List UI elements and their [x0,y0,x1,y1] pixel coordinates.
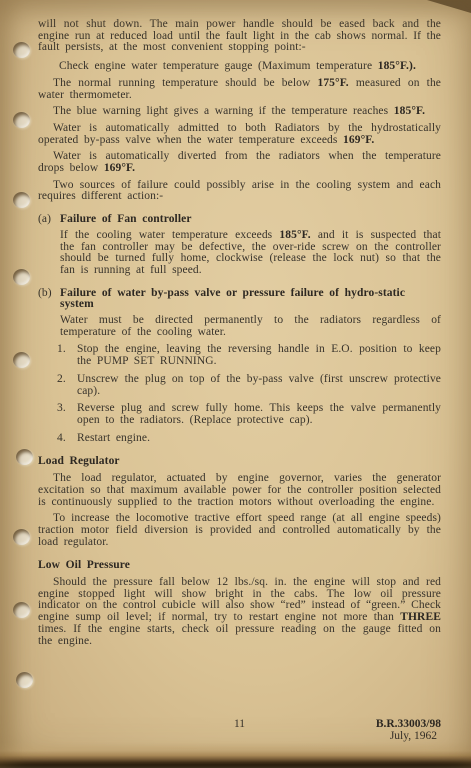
section-label: (a) [38,214,60,277]
binder-hole [16,672,33,688]
paragraph: To increase the locomotive tractive effo… [38,513,441,548]
labeled-section-body: Failure of Fan controllerIf the cooling … [60,214,441,277]
list-item: 2.Unscrew the plug on top of the by-pass… [57,374,441,397]
paragraph: If the cooling water temperature exceeds… [60,230,441,277]
list-item-text: Stop the engine, leaving the reversing h… [77,344,441,367]
paragraph: Two sources of failure could possibly ar… [38,180,441,203]
labeled-section-body: Failure of water by-pass valve or pressu… [60,288,441,339]
paragraph: Check engine water temperature gauge (Ma… [59,61,439,73]
section-heading: Load Regulator [38,456,441,468]
page-bottom-edge [0,742,471,768]
page-body: will not shut down. The main power handl… [38,14,441,647]
binder-hole [13,42,30,58]
paragraph: Should the pressure fall below 12 lbs./s… [38,577,441,647]
binder-hole [13,529,30,545]
binder-hole [13,192,30,208]
paragraph: The blue warning light gives a warning i… [38,106,441,118]
list-number: 2. [57,374,77,397]
list-item-text: Unscrew the plug on top of the by-pass v… [77,374,441,397]
section-heading: Failure of Fan controller [60,214,441,226]
section-label: (b) [38,288,60,339]
section-heading: Failure of water by-pass valve or pressu… [60,288,441,311]
paragraph: Water must be directed permanently to th… [60,315,441,338]
binder-hole [13,602,30,618]
list-item: 1.Stop the engine, leaving the reversing… [57,344,441,367]
binder-hole [16,449,33,465]
labeled-section: (a)Failure of Fan controllerIf the cooli… [38,214,441,277]
binder-hole [13,352,30,368]
paragraph: The normal running temperature should be… [38,78,441,101]
list-item-text: Reverse plug and screw fully home. This … [77,403,441,426]
document-page: will not shut down. The main power handl… [0,0,471,768]
paragraph: will not shut down. The main power handl… [38,19,441,54]
list-number: 3. [57,403,77,426]
paragraph: The load regulator, actuated by engine g… [38,473,441,508]
list-number: 4. [57,433,77,445]
list-item-text: Restart engine. [77,433,441,445]
section-heading: Low Oil Pressure [38,560,441,572]
binder-hole [13,269,30,285]
list-item: 4.Restart engine. [57,433,441,445]
doc-date: July, 1962 [390,730,437,742]
labeled-section: (b)Failure of water by-pass valve or pre… [38,288,441,339]
paragraph: Water is automatically diverted from the… [38,151,441,174]
paragraph: Water is automatically admitted to both … [38,123,441,146]
list-item: 3.Reverse plug and screw fully home. Thi… [57,403,441,426]
doc-reference: B.R.33003/98 [376,718,441,730]
list-number: 1. [57,344,77,367]
binder-hole [13,112,30,128]
page-corner-shadow [427,0,471,13]
